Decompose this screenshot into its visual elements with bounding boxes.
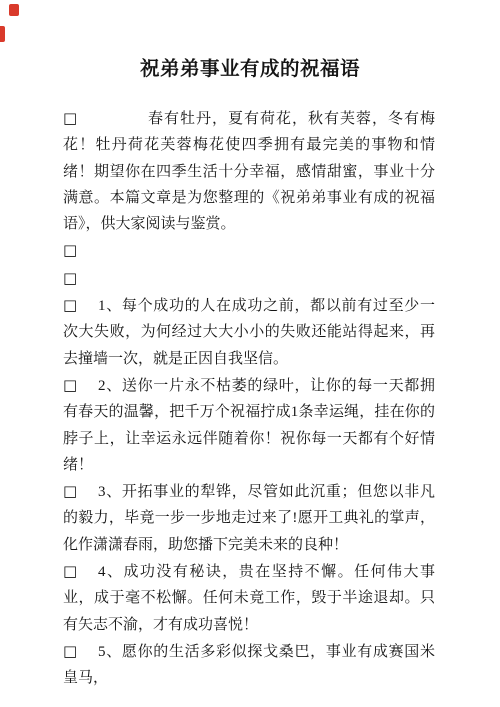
paragraph-text: 2、送你一片永不枯萎的绿叶，让你的每一天都拥有春天的温馨，把千万个祝福拧成1条幸… (63, 378, 435, 473)
page-title: 祝弟弟事业有成的祝福语 (0, 57, 500, 83)
red-edge-ribbon (0, 26, 5, 42)
tofu-box-marker: □ (63, 558, 79, 584)
paragraph-text: 4、成功没有秘诀，贵在坚持不懈。任何伟大事业，成于毫不松懈。任何未竟工作，毁于半… (63, 564, 435, 633)
paragraph-item-1: □1、每个成功的人在成功之前，都以前有过至少一次大失败，为何经过大大小小的失败还… (63, 292, 435, 372)
paragraph-text: 春有牡丹，夏有荷花，秋有芙蓉，冬有梅花！牡丹荷花芙蓉梅花使四季拥有最完美的事物和… (63, 111, 435, 232)
tofu-box-marker: □ (63, 638, 79, 664)
document-body: □春有牡丹，夏有荷花，秋有芙蓉，冬有梅花！牡丹荷花芙蓉梅花使四季拥有最完美的事物… (63, 105, 435, 692)
tofu-box-marker: □ (63, 372, 79, 398)
tofu-box-marker: □ (63, 292, 79, 318)
tofu-box-marker: □ (63, 237, 79, 263)
paragraph-item-5: □5、愿你的生活多彩似探戈桑巴，事业有成赛国米皇马， (63, 638, 435, 692)
paragraph-item-2: □2、送你一片永不枯萎的绿叶，让你的每一天都拥有春天的温馨，把千万个祝福拧成1条… (63, 372, 435, 478)
red-corner-badge (9, 4, 19, 16)
tofu-box-marker: □ (63, 105, 79, 131)
paragraph-text: 5、愿你的生活多彩似探戈桑巴，事业有成赛国米皇马， (63, 644, 435, 686)
paragraph-empty: □ (63, 237, 435, 264)
paragraph-text: 1、每个成功的人在成功之前，都以前有过至少一次大失败，为何经过大大小小的失败还能… (63, 298, 435, 367)
tofu-box-marker: □ (63, 478, 79, 504)
paragraph-item-4: □4、成功没有秘诀，贵在坚持不懈。任何伟大事业，成于毫不松懈。任何未竟工作，毁于… (63, 558, 435, 638)
paragraph-item-3: □3、开拓事业的犁铧，尽管如此沉重；但您以非凡的毅力，毕竟一步一步地走过来了!愿… (63, 478, 435, 558)
paragraph-text: 3、开拓事业的犁铧，尽管如此沉重；但您以非凡的毅力，毕竟一步一步地走过来了!愿开… (63, 484, 435, 553)
paragraph-intro: □春有牡丹，夏有荷花，秋有芙蓉，冬有梅花！牡丹荷花芙蓉梅花使四季拥有最完美的事物… (63, 105, 435, 237)
document-page: 祝弟弟事业有成的祝福语 □春有牡丹，夏有荷花，秋有芙蓉，冬有梅花！牡丹荷花芙蓉梅… (0, 0, 500, 707)
paragraph-empty: □ (63, 265, 435, 292)
tofu-box-marker: □ (63, 265, 79, 291)
